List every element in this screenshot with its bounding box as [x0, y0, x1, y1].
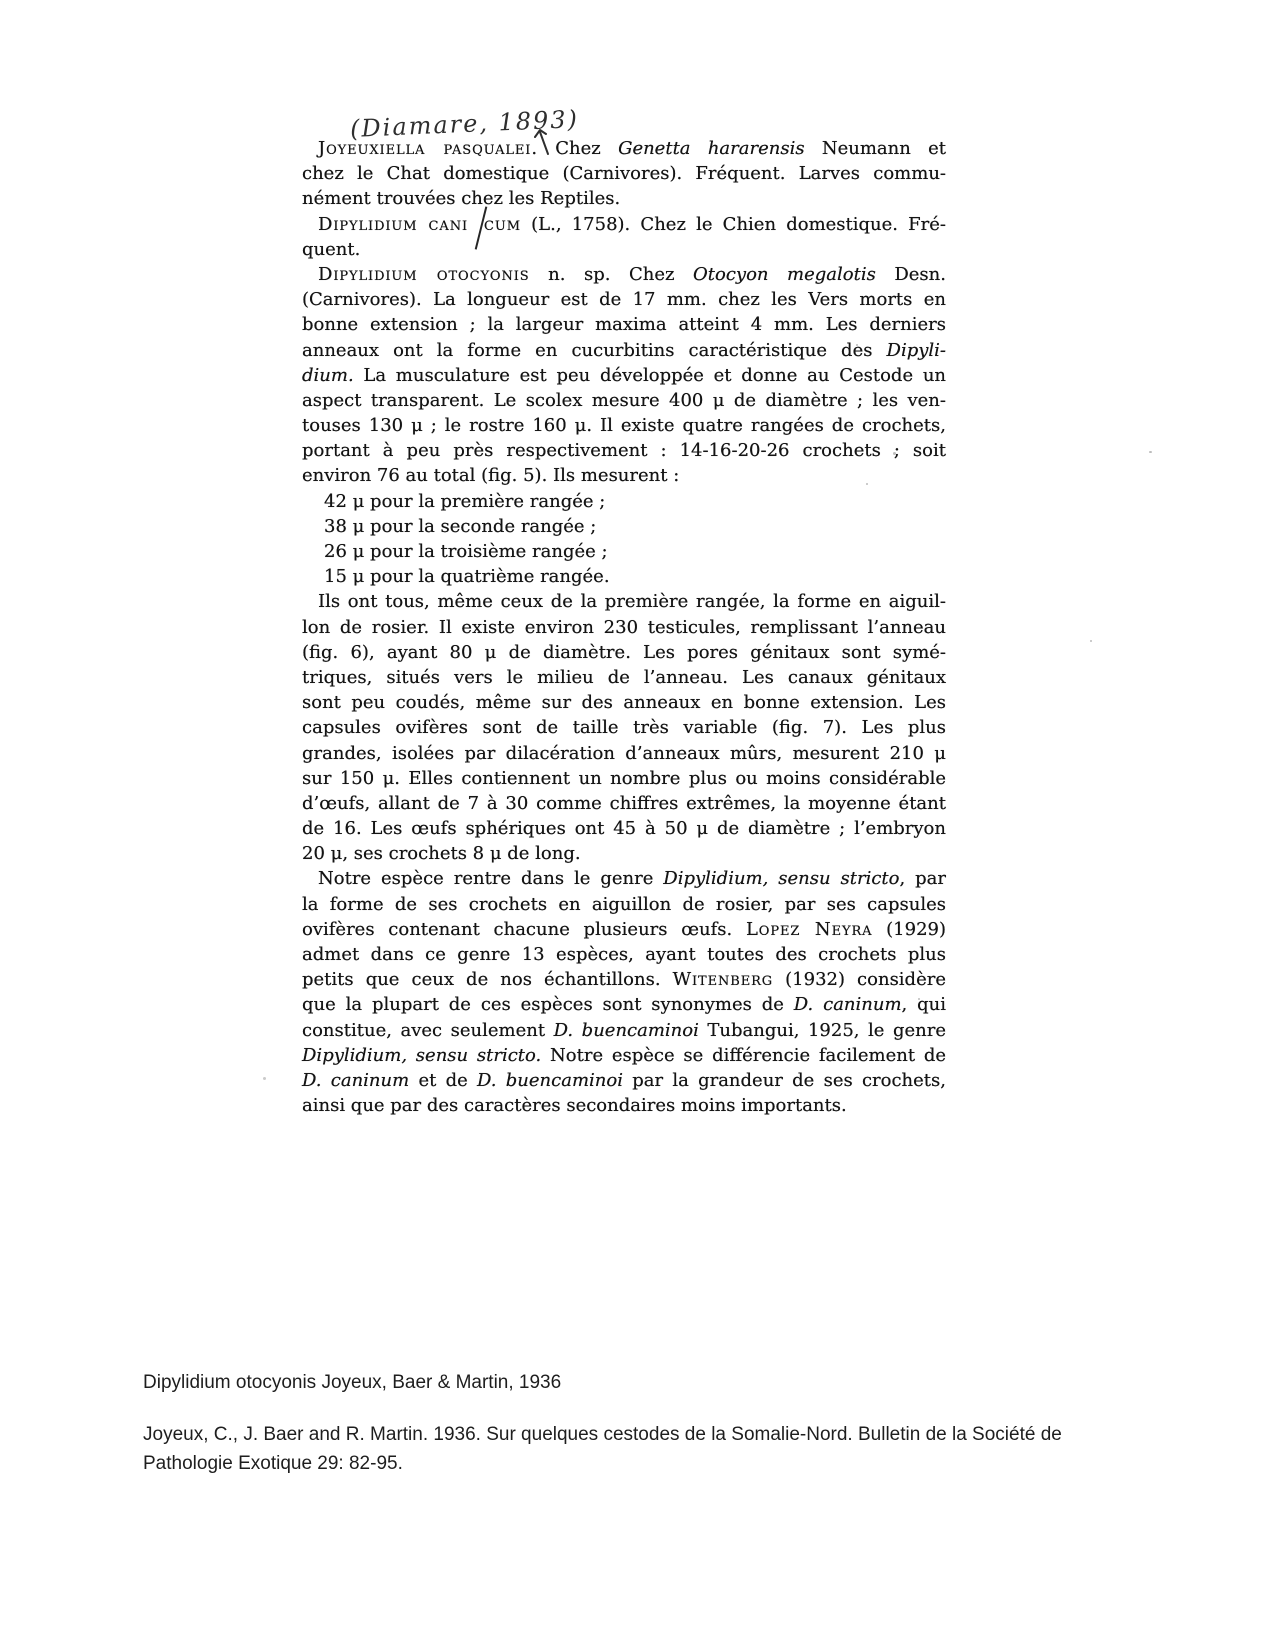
body-text: Neumann et [805, 138, 946, 159]
body-text: anneaux ont la forme en cucurbitins cara… [302, 340, 887, 361]
text-line: constitue, avec seulement D. buencaminoi… [302, 1018, 946, 1043]
body-text: sont peu coudés, même sur des anneaux en… [302, 692, 946, 713]
text-line: Notre espèce rentre dans le genre Dipyli… [302, 866, 946, 891]
italic-text: D. caninum [794, 994, 902, 1015]
body-text: 26 μ pour la troisième rangée ; [324, 541, 608, 562]
body-text: 42 μ pour la première rangée ; [324, 491, 605, 512]
text-line: Joyeuxiella pasqualei. Chez Genetta hara… [302, 136, 946, 161]
body-text: , par [899, 868, 946, 889]
text-line: ovifères contenant chacune plusieurs œuf… [302, 917, 946, 942]
body-text: Notre espèce se différencie facilement d… [541, 1045, 946, 1066]
small-caps-text: c [468, 212, 495, 237]
text-line: nément trouvées chez les Reptiles. [302, 186, 946, 211]
text-line: petits que ceux de nos échantillons. Wit… [302, 967, 946, 992]
text-line: 20 μ, ses crochets 8 μ de long. [302, 841, 946, 866]
text-line: sont peu coudés, même sur des anneaux en… [302, 690, 946, 715]
body-text: 15 μ pour la quatrième rangée. [324, 566, 610, 587]
text-line: (fig. 6), ayant 80 μ de diamètre. Les po… [302, 640, 946, 665]
small-caps-text: Joyeuxiella pasqualei. [318, 138, 538, 159]
text-line: 38 μ pour la seconde rangée ; [302, 514, 946, 539]
italic-text: Otocyon megalotis [693, 264, 876, 285]
text-line: triques, situés vers le milieu de l’anne… [302, 665, 946, 690]
scan-speck [1090, 640, 1092, 642]
text-line: Dipylidium, sensu stricto. Notre espèce … [302, 1043, 946, 1068]
body-text: touses 130 μ ; le rostre 160 μ. Il exist… [302, 415, 946, 436]
body-text: quent. [302, 239, 360, 260]
small-caps-text: Lopez Neyra [746, 919, 873, 940]
text-line: capsules ovifères sont de taille très va… [302, 715, 946, 740]
text-line: portant à peu près respectivement : 14-1… [302, 438, 946, 463]
text-line: d’œufs, allant de 7 à 30 comme chiffres … [302, 791, 946, 816]
text-line: lon de rosier. Il existe environ 230 tes… [302, 615, 946, 640]
body-text: aspect transparent. Le scolex mesure 400… [302, 390, 946, 411]
species-caption: Dipylidium otocyonis Joyeux, Baer & Mart… [143, 1372, 561, 1394]
body-text: , qui [902, 994, 946, 1015]
citation-line-2: Pathologie Exotique 29: 82-95. [143, 1449, 1062, 1478]
body-text: (Carnivores). La longueur est de 17 mm. … [302, 289, 946, 310]
text-line: 26 μ pour la troisième rangée ; [302, 539, 946, 564]
scan-speck [893, 452, 896, 455]
text-line: anneaux ont la forme en cucurbitins cara… [302, 338, 946, 363]
italic-text: Dipyli- [887, 340, 946, 361]
body-text: environ 76 au total (fig. 5). Ils mesure… [302, 465, 679, 486]
body-text: (fig. 6), ayant 80 μ de diamètre. Les po… [302, 642, 946, 663]
text-line: bonne extension ; la largeur maxima atte… [302, 312, 946, 337]
body-text: de 16. Les œufs sphériques ont 45 à 50 μ… [302, 818, 946, 839]
text-line: touses 130 μ ; le rostre 160 μ. Il exist… [302, 413, 946, 438]
text-line: 42 μ pour la première rangée ; [302, 489, 946, 514]
text-line: Dipylidium otocyonis n. sp. Chez Otocyon… [302, 262, 946, 287]
body-text: sur 150 μ. Elles contiennent un nombre p… [302, 768, 946, 789]
body-text: (L., 1758). Chez le Chien domestique. Fr… [521, 214, 946, 235]
body-text: Desn. [876, 264, 946, 285]
body-text: que la plupart de ces espèces sont synon… [302, 994, 794, 1015]
article-text: Joyeuxiella pasqualei. Chez Genetta hara… [302, 136, 946, 1118]
body-text: nément trouvées chez les Reptiles. [302, 188, 620, 209]
body-text: ovifères contenant chacune plusieurs œuf… [302, 919, 746, 940]
body-text: chez le Chat domestique (Carnivores). Fr… [302, 163, 946, 184]
body-text: portant à peu près respectivement : 14-1… [302, 440, 946, 461]
body-text: d’œufs, allant de 7 à 30 comme chiffres … [302, 793, 946, 814]
italic-text: Dipylidium, sensu stricto. [302, 1045, 541, 1066]
text-line: la forme de ses crochets en aiguillon de… [302, 892, 946, 917]
body-text: grandes, isolées par dilacération d’anne… [302, 743, 946, 764]
body-text: par la grandeur de ses crochets, [623, 1070, 946, 1091]
italic-text: D. caninum [302, 1070, 409, 1091]
scan-speck [263, 1077, 266, 1080]
scan-speck [918, 998, 920, 1000]
scan-speck [1149, 451, 1152, 453]
italic-text: D. buencaminoi [554, 1020, 699, 1041]
scan-speck [866, 483, 868, 485]
body-text: Ils ont tous, même ceux de la première r… [318, 591, 946, 612]
body-text: lon de rosier. Il existe environ 230 tes… [302, 617, 946, 638]
body-text: (1932) considère [773, 969, 946, 990]
body-text: et de [409, 1070, 477, 1091]
text-line: D. caninum et de D. buencaminoi par la g… [302, 1068, 946, 1093]
text-line: admet dans ce genre 13 espèces, ayant to… [302, 942, 946, 967]
body-text: bonne extension ; la largeur maxima atte… [302, 314, 946, 335]
italic-text: Genetta hararensis [618, 138, 805, 159]
body-text: 20 μ, ses crochets 8 μ de long. [302, 843, 581, 864]
text-line: que la plupart de ces espèces sont synon… [302, 992, 946, 1017]
text-line: quent. [302, 237, 946, 262]
small-caps-text: Witenberg [673, 969, 774, 990]
citation-line-1: Joyeux, C., J. Baer and R. Martin. 1936.… [143, 1420, 1062, 1449]
text-line: aspect transparent. Le scolex mesure 400… [302, 388, 946, 413]
scan-speck [856, 344, 858, 346]
small-caps-text: Dipylidium cani [318, 214, 468, 235]
italic-text: dium. [302, 365, 354, 386]
body-text: (1929) [872, 919, 946, 940]
body-text: petits que ceux de nos échantillons. [302, 969, 673, 990]
text-line: (Carnivores). La longueur est de 17 mm. … [302, 287, 946, 312]
text-line: environ 76 au total (fig. 5). Ils mesure… [302, 463, 946, 488]
body-text: 38 μ pour la seconde rangée ; [324, 516, 596, 537]
italic-text: Dipylidium, sensu stricto [663, 868, 899, 889]
small-caps-text: um [495, 214, 521, 235]
body-text: ainsi que par des caractères secondaires… [302, 1095, 847, 1116]
body-text: triques, situés vers le milieu de l’anne… [302, 667, 946, 688]
body-text: admet dans ce genre 13 espèces, ayant to… [302, 944, 946, 965]
text-line: Ils ont tous, même ceux de la première r… [302, 589, 946, 614]
body-text: La musculature est peu développée et don… [354, 365, 946, 386]
text-line: chez le Chat domestique (Carnivores). Fr… [302, 161, 946, 186]
text-line: Dipylidium canicum (L., 1758). Chez le C… [302, 212, 946, 237]
scanned-page: (Diamare, 1893) Joyeuxiella pasqualei. C… [0, 0, 1275, 1650]
body-text: n. sp. Chez [530, 264, 693, 285]
text-line: ainsi que par des caractères secondaires… [302, 1093, 946, 1118]
text-line: grandes, isolées par dilacération d’anne… [302, 741, 946, 766]
citation-block: Joyeux, C., J. Baer and R. Martin. 1936.… [143, 1420, 1062, 1478]
text-line: dium. La musculature est peu développée … [302, 363, 946, 388]
body-text: constitue, avec seulement [302, 1020, 554, 1041]
italic-text: D. buencaminoi [477, 1070, 623, 1091]
body-text: la forme de ses crochets en aiguillon de… [302, 894, 946, 915]
body-text: Chez [538, 138, 618, 159]
text-line: sur 150 μ. Elles contiennent un nombre p… [302, 766, 946, 791]
text-line: de 16. Les œufs sphériques ont 45 à 50 μ… [302, 816, 946, 841]
body-text: capsules ovifères sont de taille très va… [302, 717, 946, 738]
body-text: Tubangui, 1925, le genre [699, 1020, 946, 1041]
text-line: 15 μ pour la quatrième rangée. [302, 564, 946, 589]
body-text: Notre espèce rentre dans le genre [318, 868, 663, 889]
small-caps-text: Dipylidium otocyonis [318, 264, 530, 285]
